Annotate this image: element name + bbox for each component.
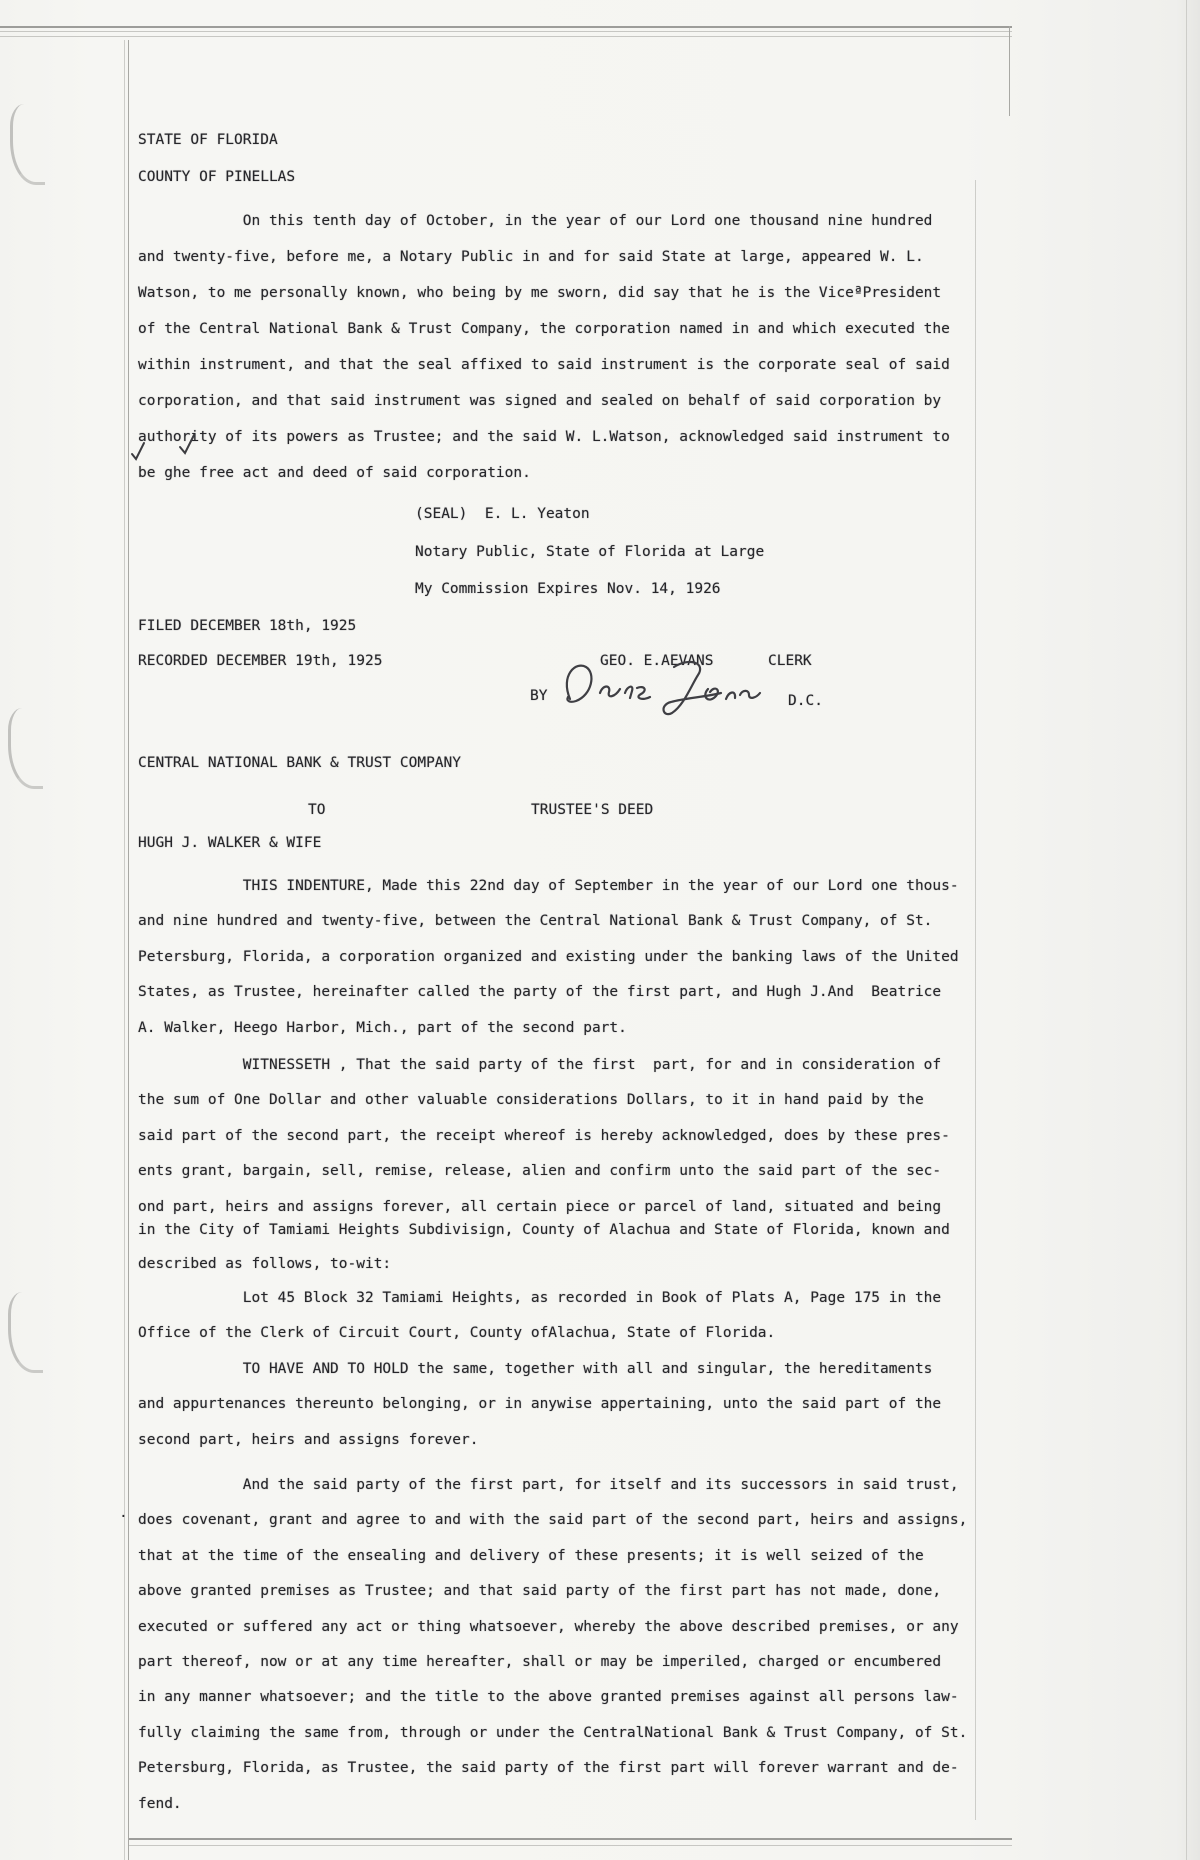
left-margin-rule [128, 40, 129, 1860]
notary-seal-block: (SEAL) E. L. Yeaton Notary Public, State… [415, 496, 764, 609]
caption-instrument-type: TRUSTEE'S DEED [531, 793, 653, 828]
witnesseth-paragraph: WITNESSETH , That the said party of the … [138, 1048, 950, 1225]
recorded-stamp: RECORDED DECEMBER 19th, 1925 [138, 644, 382, 679]
right-column-rule [975, 180, 976, 1820]
legal-description: Lot 45 Block 32 Tamiami Heights, as reco… [138, 1281, 941, 1352]
habendum-paragraph: TO HAVE AND TO HOLD the same, together w… [138, 1352, 941, 1458]
paper-curl-mark [8, 708, 43, 789]
page-edge-shadow [1186, 0, 1187, 1860]
deputy-clerk-label: D.C. [788, 684, 823, 719]
premises-line: in the City of Tamiami Heights Subdivisi… [138, 1213, 950, 1248]
by-label: BY [530, 679, 547, 714]
bottom-ruled-line [128, 1838, 1012, 1840]
bottom-ruled-line [128, 1845, 1012, 1846]
left-margin-rule-shadow [124, 40, 125, 1860]
caption-to-label: TO [308, 793, 325, 828]
covenant-paragraph: And the said party of the first part, fo… [138, 1468, 967, 1822]
caption-grantee: HUGH J. WALKER & WIFE [138, 826, 321, 861]
handwritten-check-icon [128, 440, 148, 462]
paper-curl-mark [10, 104, 45, 185]
document-page: STATE OF FLORIDA COUNTY OF PINELLAS On t… [0, 0, 1200, 1860]
right-edge-rule [1009, 26, 1010, 116]
described-line: described as follows, to-wit: [138, 1247, 391, 1282]
acknowledgment-paragraph: On this tenth day of October, in the yea… [138, 203, 950, 491]
deputy-clerk-signature [556, 655, 786, 717]
filed-stamp: FILED DECEMBER 18th, 1925 [138, 609, 356, 644]
indenture-paragraph: THIS INDENTURE, Made this 22nd day of Se… [138, 869, 959, 1046]
top-ruled-line [0, 26, 1012, 28]
stray-period-mark: . [119, 1505, 128, 1521]
caption-grantor: CENTRAL NATIONAL BANK & TRUST COMPANY [138, 746, 461, 781]
top-ruled-line [0, 36, 1012, 37]
handwritten-check-icon [176, 432, 198, 456]
paper-curl-mark [8, 1292, 43, 1373]
top-ruled-line [0, 31, 1012, 32]
jurisdiction-heading: STATE OF FLORIDA COUNTY OF PINELLAS [138, 122, 295, 196]
